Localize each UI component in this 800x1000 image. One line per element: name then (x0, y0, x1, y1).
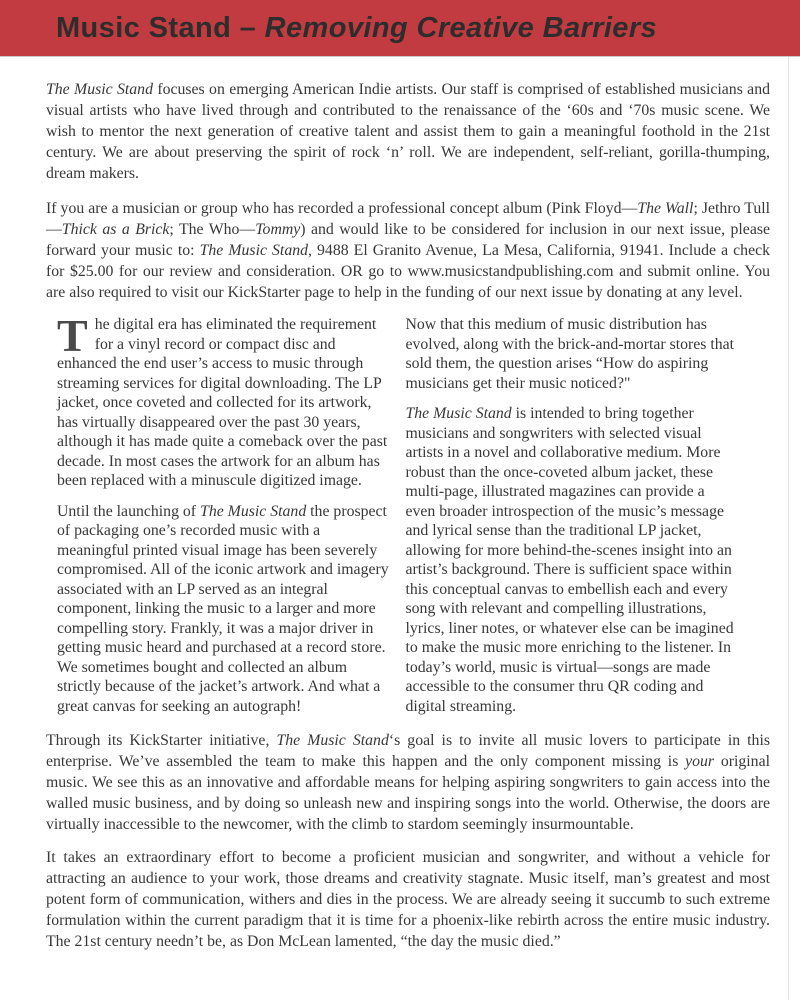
page-title-regular: Music Stand – (56, 12, 265, 44)
document-page: Music Stand – Removing Creative Barriers… (0, 0, 800, 1000)
intro-paragraph-2: If you are a musician or group who has r… (46, 198, 770, 303)
drop-cap: T (57, 315, 95, 352)
closing-section: Through its KickStarter initiative, The … (0, 716, 800, 952)
page-right-edge-line (788, 57, 789, 1000)
left-column-paragraph-1: The digital era has eliminated the requi… (57, 315, 390, 491)
left-column-paragraph-1-text: he digital era has eliminated the requir… (57, 316, 387, 489)
two-column-section: The digital era has eliminated the requi… (0, 303, 800, 716)
closing-paragraph-1: Through its KickStarter initiative, The … (46, 730, 770, 835)
page-header-band: Music Stand – Removing Creative Barriers (0, 0, 800, 57)
intro-paragraph-1: The Music Stand focuses on emerging Amer… (46, 79, 770, 184)
right-column-paragraph-2: The Music Stand is intended to bring tog… (406, 404, 739, 716)
closing-paragraph-2: It takes an extraordinary effort to beco… (46, 847, 770, 952)
page-title: Music Stand – Removing Creative Barriers (56, 12, 657, 45)
page-title-italic: Removing Creative Barriers (265, 12, 657, 44)
left-column: The digital era has eliminated the requi… (57, 315, 390, 716)
left-column-paragraph-2: Until the launching of The Music Stand t… (57, 502, 390, 717)
intro-section: The Music Stand focuses on emerging Amer… (0, 57, 800, 303)
right-column-paragraph-1: Now that this medium of music distributi… (406, 315, 739, 393)
right-column: Now that this medium of music distributi… (406, 315, 739, 716)
